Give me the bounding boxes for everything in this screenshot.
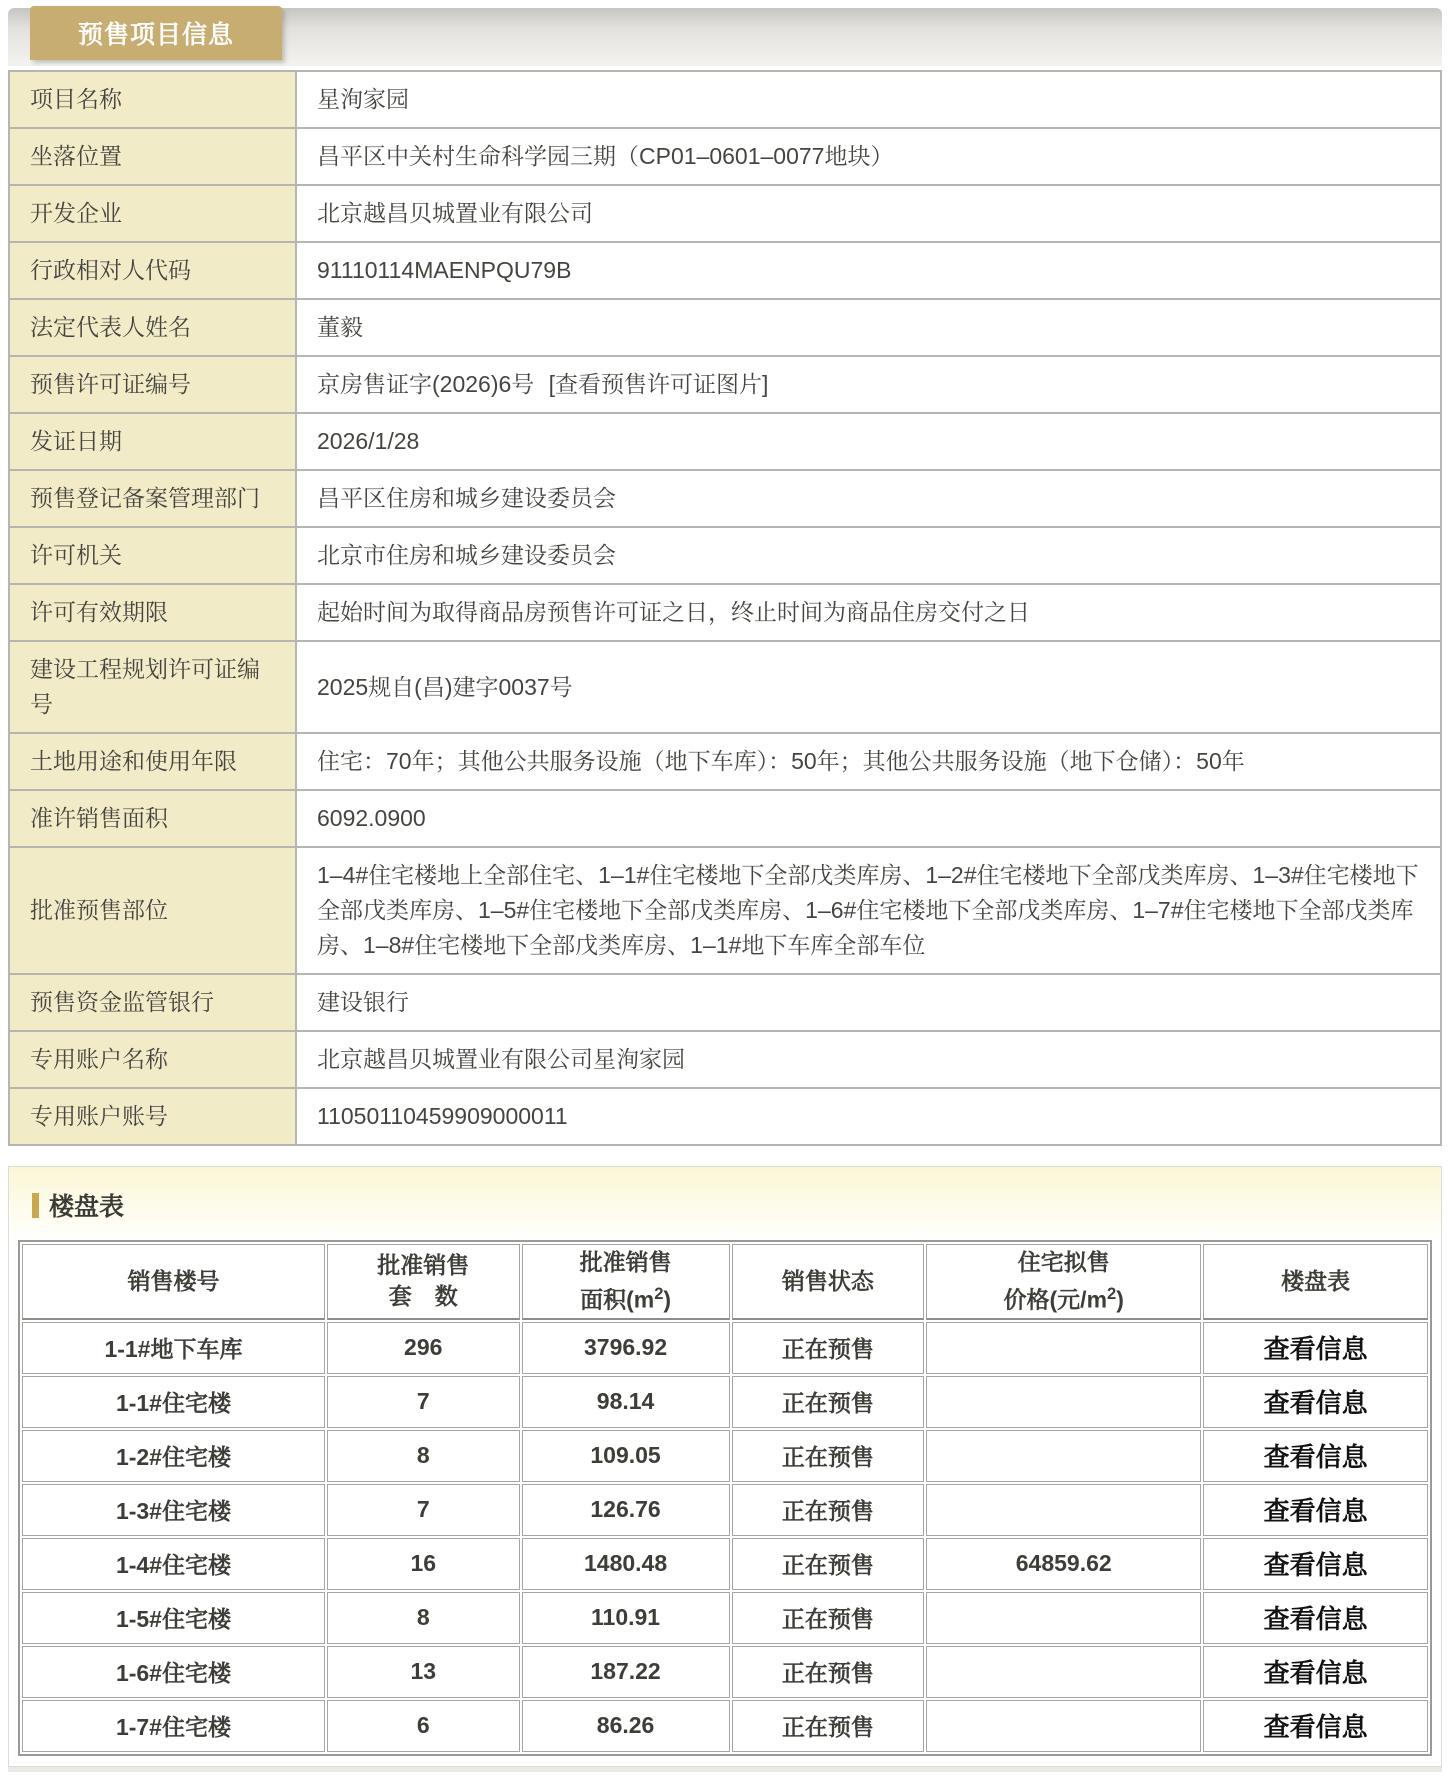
info-label: 批准预售部位	[9, 847, 296, 974]
table-row: 1-6#住宅楼 13 187.22 正在预售 查看信息	[22, 1646, 1428, 1698]
info-value: 2026/1/28	[296, 413, 1441, 470]
info-label: 行政相对人代码	[9, 242, 296, 299]
presale-info-tab[interactable]: 预售项目信息	[30, 6, 282, 60]
info-row: 许可有效期限 起始时间为取得商品房预售许可证之日，终止时间为商品住房交付之日	[9, 584, 1441, 641]
col-header-line: 面积(m2)	[523, 1278, 729, 1316]
col-header-price: 住宅拟售 价格(元/m2)	[926, 1244, 1201, 1320]
info-row: 预售登记备案管理部门 昌平区住房和城乡建设委员会	[9, 470, 1441, 527]
view-info-link[interactable]: 查看信息	[1264, 1496, 1368, 1526]
info-value: 北京越昌贝城置业有限公司星洵家园	[296, 1031, 1441, 1088]
view-license-image-link[interactable]: [查看预售许可证图片]	[549, 371, 769, 397]
cell-units: 6	[327, 1700, 520, 1752]
col-header-line: 批准销售	[328, 1250, 519, 1281]
col-header-line: 套 数	[328, 1281, 519, 1312]
building-table-header-row: 销售楼号 批准销售 套 数 批准销售 面积(m2) 销售状态 住宅拟售 价格(元…	[22, 1244, 1428, 1320]
cell-view: 查看信息	[1203, 1646, 1428, 1698]
cell-status: 正在预售	[732, 1322, 925, 1374]
info-row: 法定代表人姓名 董毅	[9, 299, 1441, 356]
cell-price	[926, 1322, 1201, 1374]
view-info-link[interactable]: 查看信息	[1264, 1658, 1368, 1688]
gold-bar-icon	[32, 1193, 39, 1218]
info-value: 北京市住房和城乡建设委员会	[296, 527, 1441, 584]
header-band: 预售项目信息	[8, 8, 1442, 66]
cell-units: 13	[327, 1646, 520, 1698]
cell-area: 1480.48	[522, 1538, 730, 1590]
license-number: 京房售证字(2026)6号	[317, 371, 534, 397]
cell-view: 查看信息	[1203, 1484, 1428, 1536]
cell-units: 296	[327, 1322, 520, 1374]
section-title: 楼盘表	[49, 1187, 124, 1223]
view-info-link[interactable]: 查看信息	[1264, 1334, 1368, 1364]
cell-building: 1-4#住宅楼	[22, 1538, 325, 1590]
info-row: 批准预售部位 1–4#住宅楼地上全部住宅、1–1#住宅楼地下全部戊类库房、1–2…	[9, 847, 1441, 974]
info-label: 预售登记备案管理部门	[9, 470, 296, 527]
info-label: 许可有效期限	[9, 584, 296, 641]
info-row: 准许销售面积 6092.0900	[9, 790, 1441, 847]
cell-view: 查看信息	[1203, 1322, 1428, 1374]
col-header-table-link: 楼盘表	[1203, 1244, 1428, 1320]
info-label: 专用账户账号	[9, 1088, 296, 1145]
info-row: 许可机关 北京市住房和城乡建设委员会	[9, 527, 1441, 584]
info-label: 法定代表人姓名	[9, 299, 296, 356]
table-row: 1-1#地下车库 296 3796.92 正在预售 查看信息	[22, 1322, 1428, 1374]
cell-status: 正在预售	[732, 1592, 925, 1644]
cell-view: 查看信息	[1203, 1376, 1428, 1428]
info-row: 行政相对人代码 91110114MAENPQU79B	[9, 242, 1441, 299]
info-label: 准许销售面积	[9, 790, 296, 847]
view-info-link[interactable]: 查看信息	[1264, 1388, 1368, 1418]
info-value: 起始时间为取得商品房预售许可证之日，终止时间为商品住房交付之日	[296, 584, 1441, 641]
project-info-table: 项目名称 星洵家园 坐落位置 昌平区中关村生命科学园三期（CP01–0601–0…	[8, 70, 1442, 1146]
cell-area: 98.14	[522, 1376, 730, 1428]
info-label: 发证日期	[9, 413, 296, 470]
cell-area: 86.26	[522, 1700, 730, 1752]
info-row: 项目名称 星洵家园	[9, 71, 1441, 128]
table-row: 1-2#住宅楼 8 109.05 正在预售 查看信息	[22, 1430, 1428, 1482]
info-row: 专用账户账号 11050110459909000011	[9, 1088, 1441, 1145]
info-label: 预售资金监管银行	[9, 974, 296, 1031]
cell-view: 查看信息	[1203, 1592, 1428, 1644]
page: 预售项目信息 项目名称 星洵家园 坐落位置 昌平区中关村生命科学园三期（CP01…	[0, 0, 1450, 1781]
info-label: 开发企业	[9, 185, 296, 242]
cell-units: 7	[327, 1376, 520, 1428]
info-row: 开发企业 北京越昌贝城置业有限公司	[9, 185, 1441, 242]
info-label: 项目名称	[9, 71, 296, 128]
info-value: 昌平区中关村生命科学园三期（CP01–0601–0077地块）	[296, 128, 1441, 185]
info-label: 土地用途和使用年限	[9, 733, 296, 790]
cell-status: 正在预售	[732, 1484, 925, 1536]
table-row: 1-7#住宅楼 6 86.26 正在预售 查看信息	[22, 1700, 1428, 1752]
cell-building: 1-1#住宅楼	[22, 1376, 325, 1428]
info-row: 建设工程规划许可证编号 2025规自(昌)建字0037号	[9, 641, 1441, 733]
cell-units: 16	[327, 1538, 520, 1590]
col-header-approved-area: 批准销售 面积(m2)	[522, 1244, 730, 1320]
info-row: 专用账户名称 北京越昌贝城置业有限公司星洵家园	[9, 1031, 1441, 1088]
col-header-status: 销售状态	[732, 1244, 925, 1320]
view-info-link[interactable]: 查看信息	[1264, 1604, 1368, 1634]
cell-building: 1-2#住宅楼	[22, 1430, 325, 1482]
building-list-section: 楼盘表 销售楼号 批准销售 套 数 批准销售 面积(m2) 销售状态 住宅拟售	[8, 1166, 1442, 1767]
info-value: 星洵家园	[296, 71, 1441, 128]
view-info-link[interactable]: 查看信息	[1264, 1442, 1368, 1472]
cell-units: 7	[327, 1484, 520, 1536]
info-value: 北京越昌贝城置业有限公司	[296, 185, 1441, 242]
cell-area: 109.05	[522, 1430, 730, 1482]
info-label: 专用账户名称	[9, 1031, 296, 1088]
cell-building: 1-7#住宅楼	[22, 1700, 325, 1752]
info-row: 土地用途和使用年限 住宅：70年；其他公共服务设施（地下车库）：50年；其他公共…	[9, 733, 1441, 790]
info-value: 董毅	[296, 299, 1441, 356]
cell-status: 正在预售	[732, 1430, 925, 1482]
cell-area: 126.76	[522, 1484, 730, 1536]
info-value: 住宅：70年；其他公共服务设施（地下车库）：50年；其他公共服务设施（地下仓储）…	[296, 733, 1441, 790]
info-row: 预售资金监管银行 建设银行	[9, 974, 1441, 1031]
cell-area: 187.22	[522, 1646, 730, 1698]
col-header-line: 批准销售	[523, 1247, 729, 1278]
cell-building: 1-5#住宅楼	[22, 1592, 325, 1644]
cell-building: 1-3#住宅楼	[22, 1484, 325, 1536]
cell-view: 查看信息	[1203, 1538, 1428, 1590]
table-row: 1-1#住宅楼 7 98.14 正在预售 查看信息	[22, 1376, 1428, 1428]
cell-view: 查看信息	[1203, 1430, 1428, 1482]
info-value: 91110114MAENPQU79B	[296, 242, 1441, 299]
col-header-building: 销售楼号	[22, 1244, 325, 1320]
info-value: 1–4#住宅楼地上全部住宅、1–1#住宅楼地下全部戊类库房、1–2#住宅楼地下全…	[296, 847, 1441, 974]
cell-price	[926, 1484, 1201, 1536]
info-row: 发证日期 2026/1/28	[9, 413, 1441, 470]
cell-building: 1-1#地下车库	[22, 1322, 325, 1374]
info-value: 6092.0900	[296, 790, 1441, 847]
info-row: 坐落位置 昌平区中关村生命科学园三期（CP01–0601–0077地块）	[9, 128, 1441, 185]
cell-status: 正在预售	[732, 1646, 925, 1698]
cell-price	[926, 1700, 1201, 1752]
info-value: 京房售证字(2026)6号 [查看预售许可证图片]	[296, 356, 1441, 413]
col-header-line: 价格(元/m2)	[927, 1278, 1200, 1316]
cell-price	[926, 1592, 1201, 1644]
table-row: 1-3#住宅楼 7 126.76 正在预售 查看信息	[22, 1484, 1428, 1536]
info-value: 11050110459909000011	[296, 1088, 1441, 1145]
presale-info-tab-label: 预售项目信息	[78, 15, 234, 51]
view-info-link[interactable]: 查看信息	[1264, 1550, 1368, 1580]
cell-status: 正在预售	[732, 1376, 925, 1428]
cell-status: 正在预售	[732, 1700, 925, 1752]
cell-building: 1-6#住宅楼	[22, 1646, 325, 1698]
building-table: 销售楼号 批准销售 套 数 批准销售 面积(m2) 销售状态 住宅拟售 价格(元…	[18, 1240, 1432, 1756]
col-header-approved-units: 批准销售 套 数	[327, 1244, 520, 1320]
info-label: 预售许可证编号	[9, 356, 296, 413]
cell-units: 8	[327, 1430, 520, 1482]
cell-price	[926, 1646, 1201, 1698]
table-row: 1-5#住宅楼 8 110.91 正在预售 查看信息	[22, 1592, 1428, 1644]
info-value: 2025规自(昌)建字0037号	[296, 641, 1441, 733]
cell-status: 正在预售	[732, 1538, 925, 1590]
building-list-title: 楼盘表	[32, 1187, 1432, 1223]
table-row: 1-4#住宅楼 16 1480.48 正在预售 64859.62 查看信息	[22, 1538, 1428, 1590]
view-info-link[interactable]: 查看信息	[1264, 1712, 1368, 1742]
cell-view: 查看信息	[1203, 1700, 1428, 1752]
cell-price	[926, 1430, 1201, 1482]
cell-area: 110.91	[522, 1592, 730, 1644]
info-row: 预售许可证编号 京房售证字(2026)6号 [查看预售许可证图片]	[9, 356, 1441, 413]
cell-price: 64859.62	[926, 1538, 1201, 1590]
cell-units: 8	[327, 1592, 520, 1644]
cell-price	[926, 1376, 1201, 1428]
info-value: 昌平区住房和城乡建设委员会	[296, 470, 1441, 527]
info-label: 坐落位置	[9, 128, 296, 185]
info-value: 建设银行	[296, 974, 1441, 1031]
cell-area: 3796.92	[522, 1322, 730, 1374]
info-label: 建设工程规划许可证编号	[9, 641, 296, 733]
info-label: 许可机关	[9, 527, 296, 584]
col-header-line: 住宅拟售	[927, 1247, 1200, 1278]
